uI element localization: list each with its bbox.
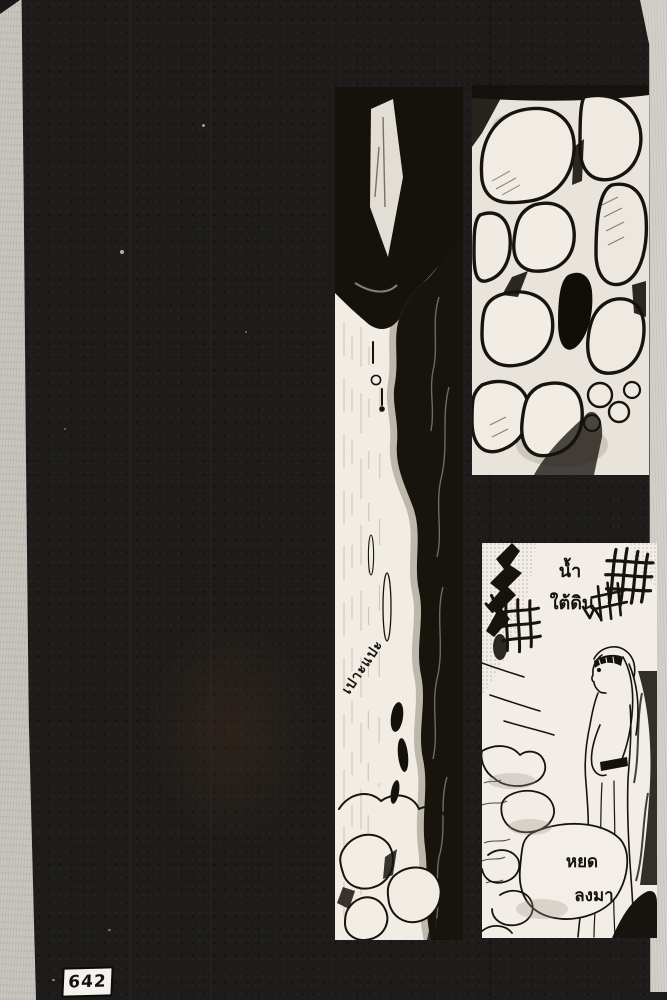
manga-page: เปาะแปะ [0,0,667,1000]
caption-drips-line2: ลงมา [574,886,613,906]
scan-seam [130,0,131,1000]
page-number: 642 [68,971,107,992]
cliff-artwork: เปาะแปะ [335,87,463,940]
caption-underground-water-line2: ใต้ดิน [550,592,595,614]
cave-artwork: น้ำ ใต้ดิน [482,543,657,938]
caption-underground-water-line1: น้ำ [559,557,581,582]
page-number-box: 642 [61,966,113,997]
panel-cave: น้ำ ใต้ดิน [482,543,657,938]
ink-smudge [140,610,320,850]
panel-rock-wall [472,85,649,475]
panel-cliff: เปาะแปะ [335,87,463,940]
scan-seam [210,0,211,1000]
rock-wall-artwork [472,85,649,475]
caption-drips-line1: หยด [566,852,598,872]
scan-edge-left [0,0,36,1000]
